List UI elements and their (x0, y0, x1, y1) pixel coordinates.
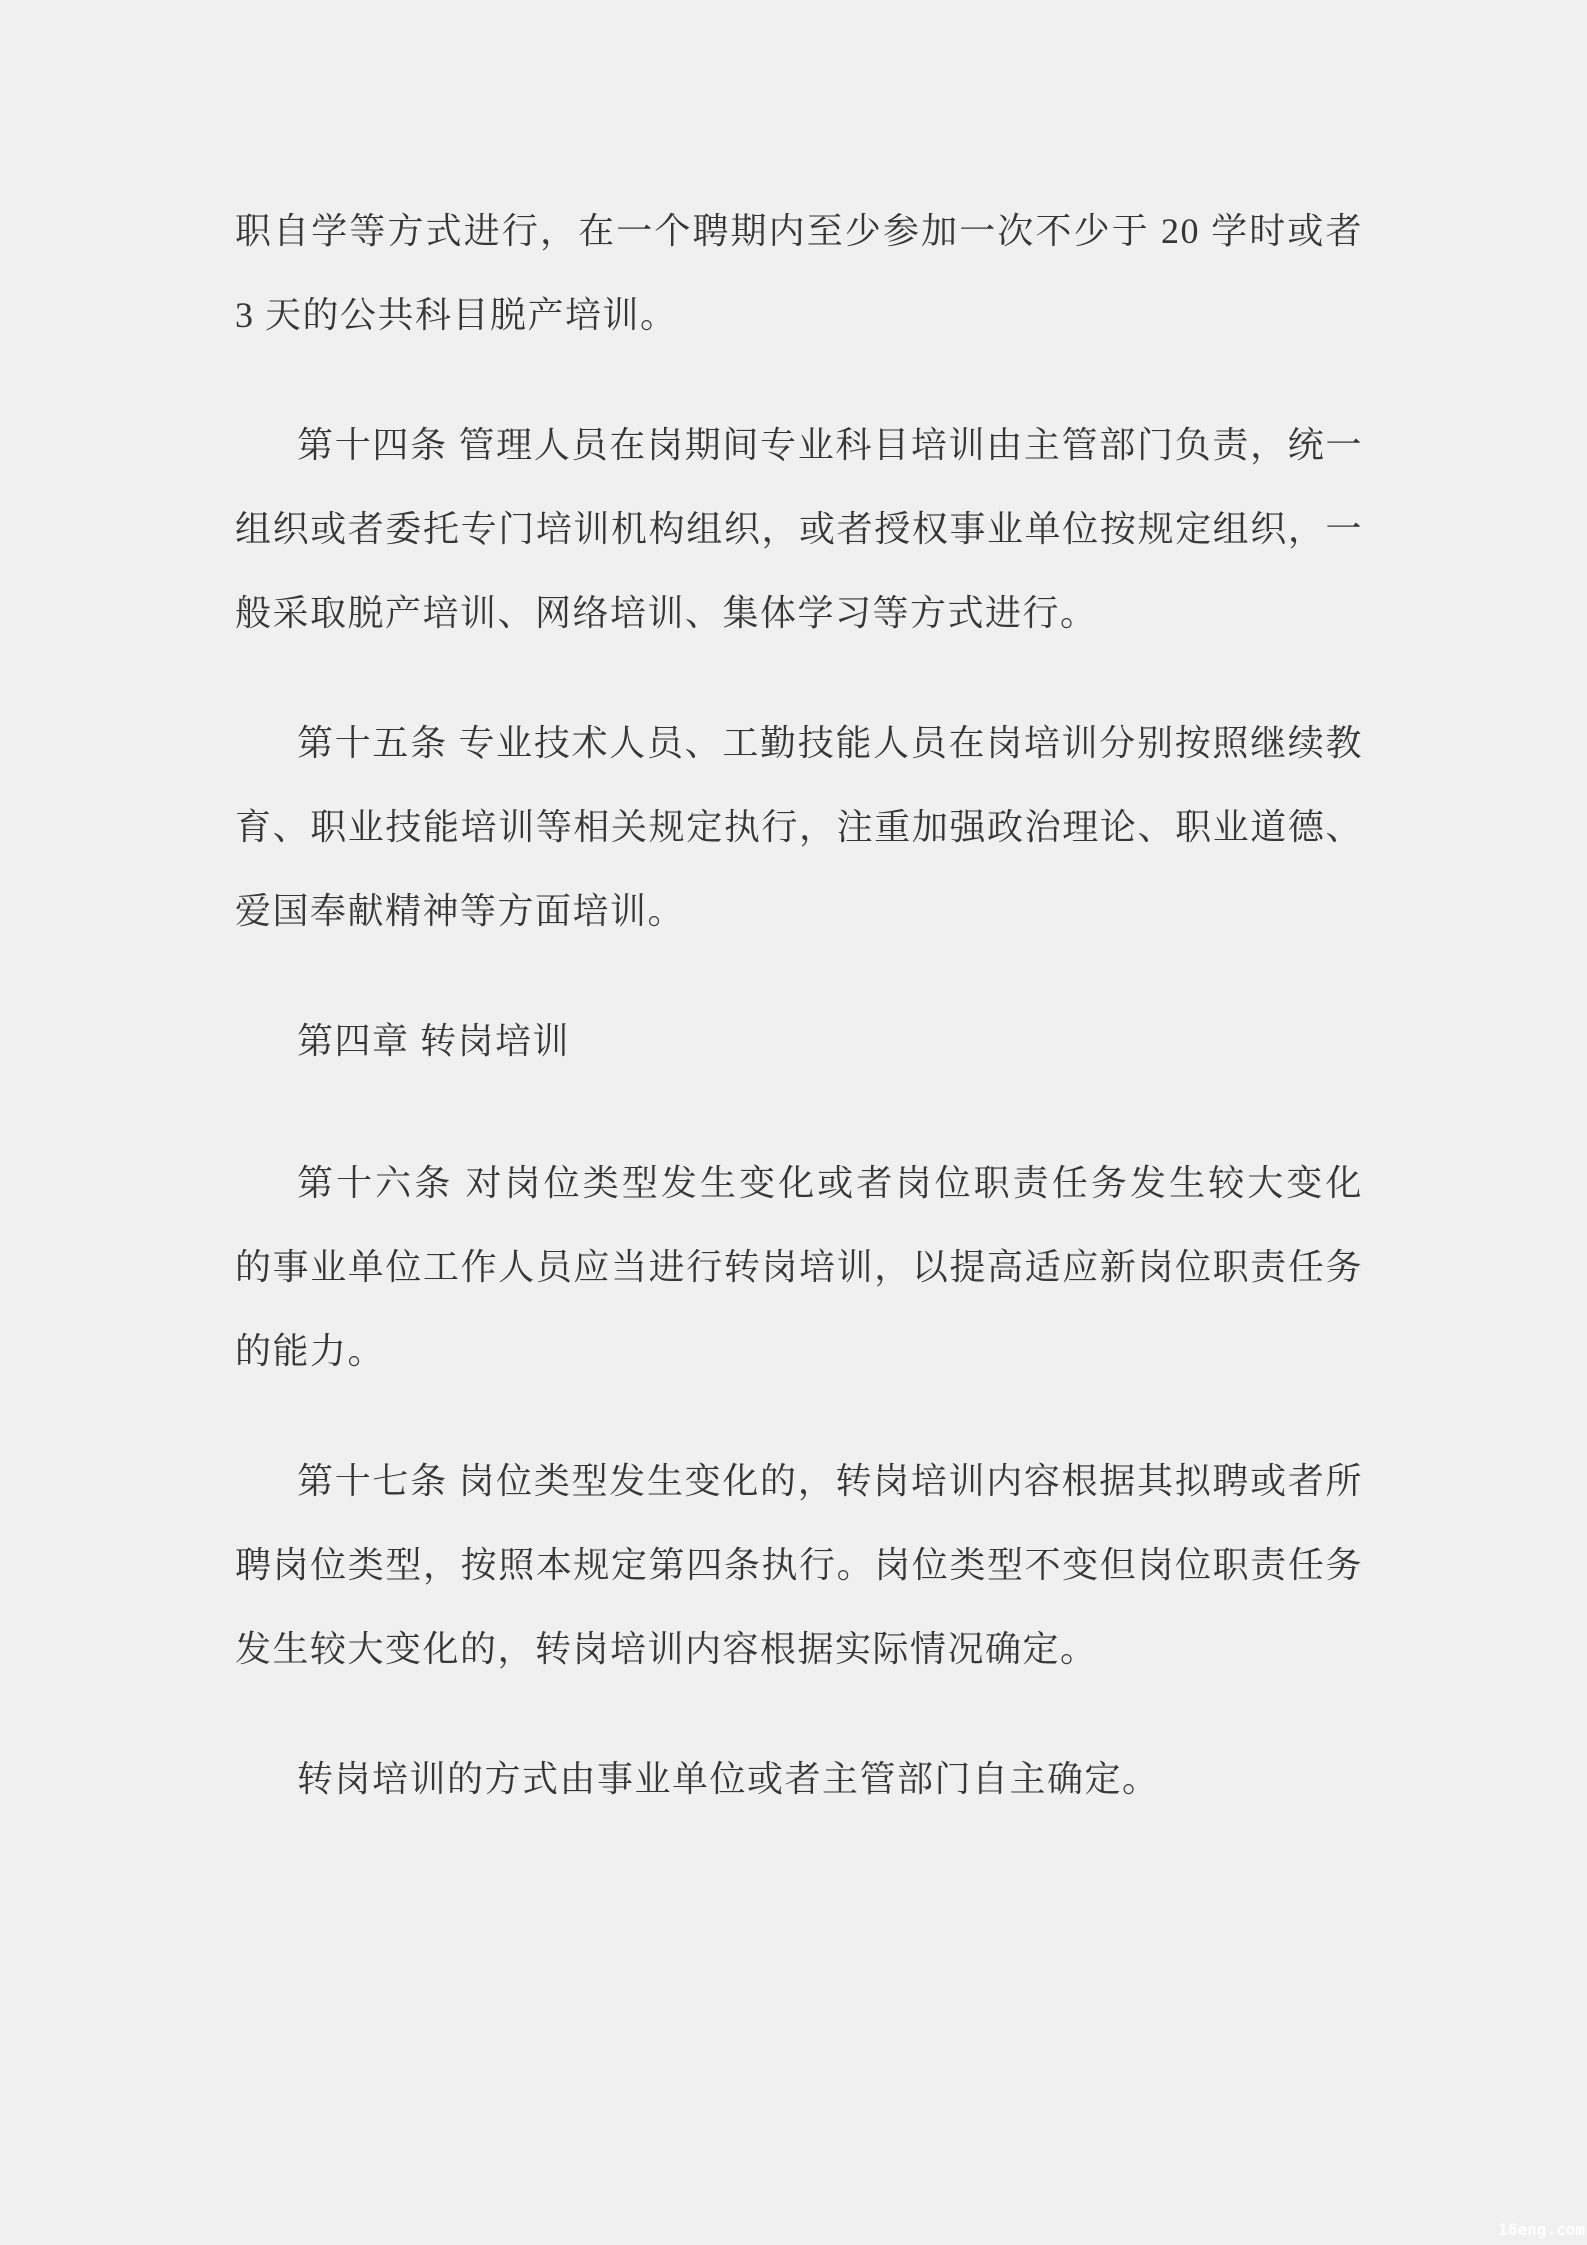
paragraph: 第十六条 对岗位类型发生变化或者岗位职责任务发生较大变化的事业单位工作人员应当进… (235, 1141, 1363, 1393)
text-line: 组织或者委托专门培训机构组织，或者授权事业单位按规定组织，一 (235, 487, 1363, 571)
text-line: 聘岗位类型，按照本规定第四条执行。岗位类型不变但岗位职责任务 (235, 1523, 1363, 1607)
paragraph: 第十四条 管理人员在岗期间专业科目培训由主管部门负责，统一组织或者委托专门培训机… (235, 403, 1363, 655)
text-line: 的能力。 (235, 1309, 1363, 1393)
text-line: 第四章 转岗培训 (235, 999, 1363, 1083)
paragraph: 第十七条 岗位类型发生变化的，转岗培训内容根据其拟聘或者所聘岗位类型，按照本规定… (235, 1439, 1363, 1691)
text-line: 的事业单位工作人员应当进行转岗培训，以提高适应新岗位职责任务 (235, 1225, 1363, 1309)
paragraph: 第十五条 专业技术人员、工勤技能人员在岗培训分别按照继续教育、职业技能培训等相关… (235, 701, 1363, 953)
text-line: 第十七条 岗位类型发生变化的，转岗培训内容根据其拟聘或者所 (235, 1439, 1363, 1523)
text-line: 职自学等方式进行，在一个聘期内至少参加一次不少于 20 学时或者 (235, 189, 1363, 273)
document-body: 职自学等方式进行，在一个聘期内至少参加一次不少于 20 学时或者3 天的公共科目… (235, 189, 1363, 1867)
text-line: 第十五条 专业技术人员、工勤技能人员在岗培训分别按照继续教 (235, 701, 1363, 785)
paragraph: 职自学等方式进行，在一个聘期内至少参加一次不少于 20 学时或者3 天的公共科目… (235, 189, 1363, 357)
text-line: 第十四条 管理人员在岗期间专业科目培训由主管部门负责，统一 (235, 403, 1363, 487)
text-line: 育、职业技能培训等相关规定执行，注重加强政治理论、职业道德、 (235, 785, 1363, 869)
chapter-heading: 第四章 转岗培训 (235, 999, 1363, 1083)
text-line: 爱国奉献精神等方面培训。 (235, 869, 1363, 953)
text-line: 般采取脱产培训、网络培训、集体学习等方式进行。 (235, 571, 1363, 655)
text-line: 发生较大变化的，转岗培训内容根据实际情况确定。 (235, 1607, 1363, 1691)
text-line: 3 天的公共科目脱产培训。 (235, 273, 1363, 357)
document-page: 职自学等方式进行，在一个聘期内至少参加一次不少于 20 学时或者3 天的公共科目… (0, 0, 1587, 2245)
paragraph: 转岗培训的方式由事业单位或者主管部门自主确定。 (235, 1737, 1363, 1821)
text-line: 第十六条 对岗位类型发生变化或者岗位职责任务发生较大变化 (235, 1141, 1363, 1225)
text-line: 转岗培训的方式由事业单位或者主管部门自主确定。 (235, 1737, 1363, 1821)
site-watermark: 16eng.com (1498, 2220, 1585, 2239)
